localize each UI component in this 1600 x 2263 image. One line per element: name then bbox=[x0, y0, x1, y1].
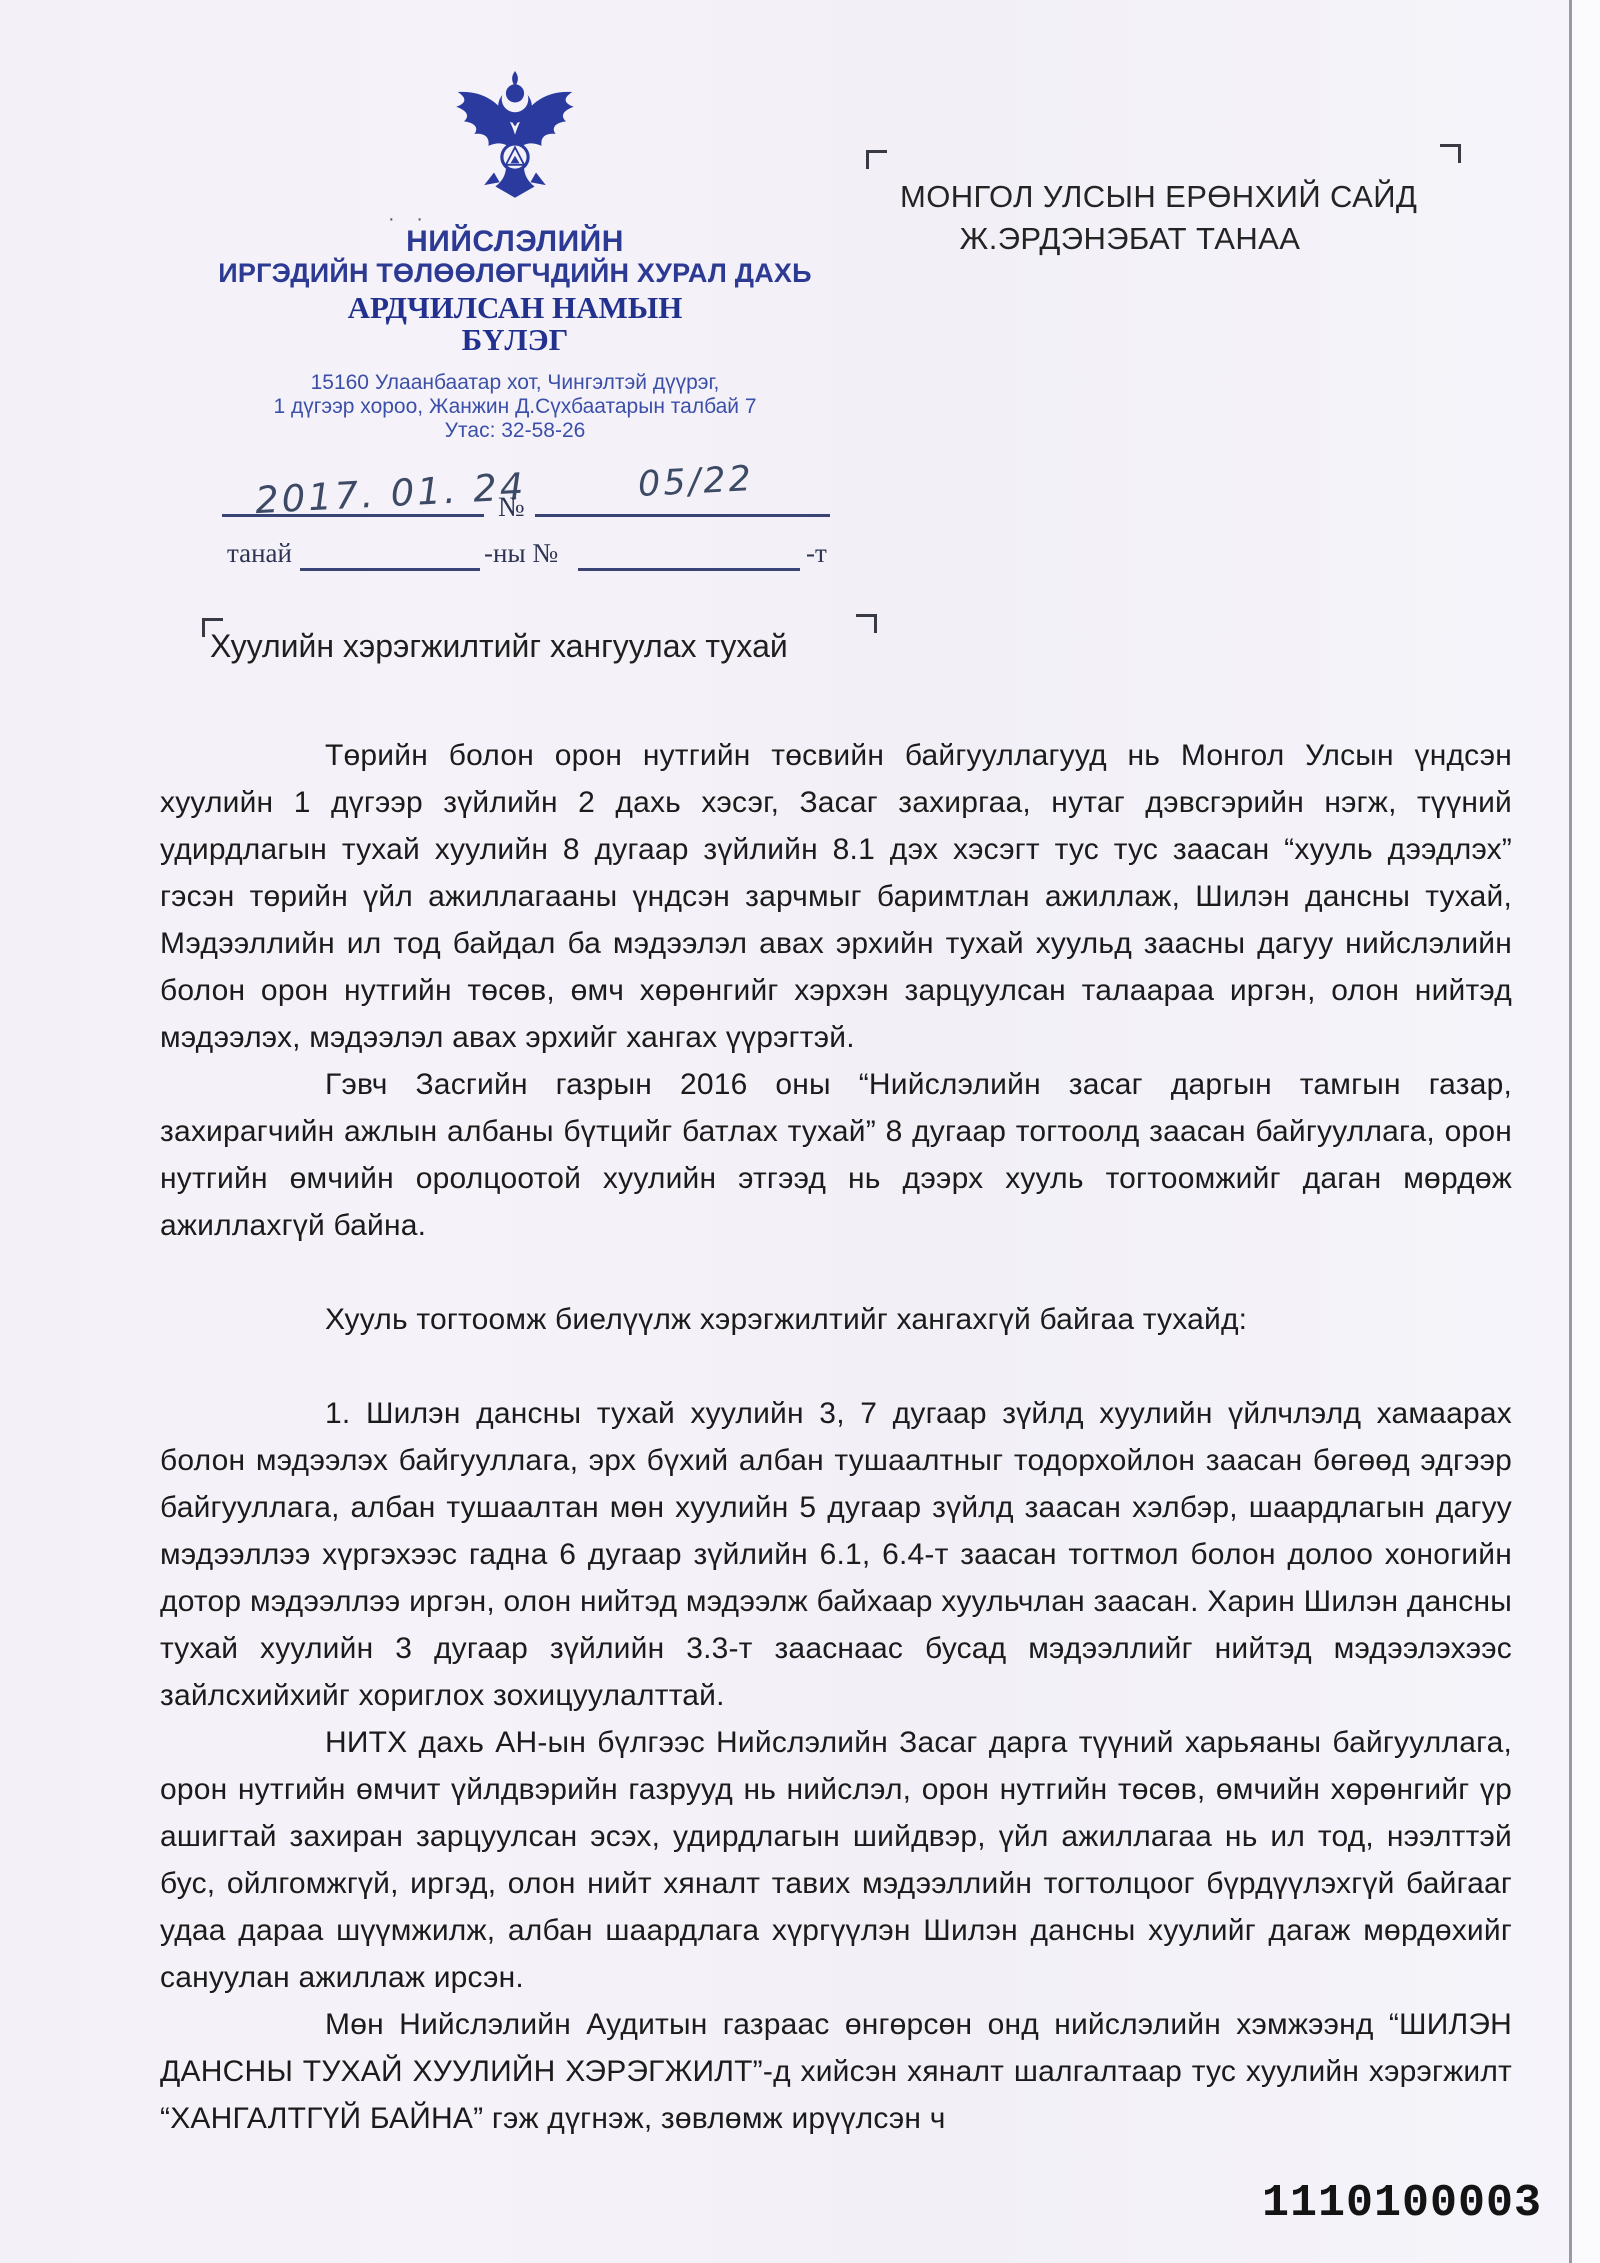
corner-bracket-right bbox=[856, 614, 877, 633]
addressee-block: МОНГОЛ УЛСЫН ЕРӨНХИЙ САЙД Ж.ЭРДЭНЭБАТ ТА… bbox=[900, 176, 1360, 260]
corner-bracket-right bbox=[1440, 144, 1461, 163]
subject-line: Хуулийн хэрэгжилтийг хангуулах тухай bbox=[210, 628, 788, 665]
addressee-name: Ж.ЭРДЭНЭБАТ ТАНАА bbox=[900, 218, 1360, 260]
date-underline bbox=[222, 514, 484, 517]
body-paragraph-3: 1. Шилэн дансны тухай хуулийн 3, 7 дугаа… bbox=[160, 1390, 1512, 1719]
your-ref-suffix: -т bbox=[806, 538, 827, 569]
handwritten-number: 05/22 bbox=[637, 459, 755, 505]
org-phone: Утас: 32-58-26 bbox=[170, 419, 860, 443]
body-paragraph-1: Төрийн болон орон нутгийн төсвийн байгуу… bbox=[160, 732, 1512, 1061]
scanned-letter-page: · · bbox=[0, 0, 1600, 2263]
org-name-line3: АРДЧИЛСАН НАМЫН bbox=[170, 292, 860, 324]
org-name-line2: ИРГЭДИЙН ТӨЛӨӨЛӨГЧДИЙН ХУРАЛ ДАХЬ bbox=[170, 258, 860, 289]
addressee-title: МОНГОЛ УЛСЫН ЕРӨНХИЙ САЙД bbox=[900, 176, 1360, 218]
org-name-line4: БҮЛЭГ bbox=[170, 324, 860, 355]
your-ref-underline-1 bbox=[300, 568, 480, 571]
your-ref-underline-2 bbox=[578, 568, 800, 571]
your-ref-middle: -ны № bbox=[484, 538, 558, 569]
org-address-line2: 1 дүгээр хороо, Жанжин Д.Сүхбаатарын тал… bbox=[170, 395, 860, 419]
body-paragraph-2: Гэвч Засгийн газрын 2016 оны “Нийслэлийн… bbox=[160, 1061, 1512, 1249]
body-section-heading: Хууль тогтоомж биелүүлж хэрэгжилтийг хан… bbox=[160, 1296, 1512, 1343]
letterhead: НИЙСЛЭЛИЙН ИРГЭДИЙН ТӨЛӨӨЛӨГЧДИЙН ХУРАЛ … bbox=[170, 58, 860, 443]
body-paragraph-4: НИТХ дахь АН-ын бүлгээс Нийслэлийн Засаг… bbox=[160, 1719, 1512, 2001]
org-address-line1: 15160 Улаанбаатар хот, Чингэлтэй дүүрэг, bbox=[170, 371, 860, 395]
letter-body: Төрийн болон орон нутгийн төсвийн байгуу… bbox=[160, 732, 1512, 2142]
scan-edge-line bbox=[1569, 0, 1572, 2263]
scan-edge-strip bbox=[1572, 0, 1600, 2263]
democratic-party-eagle-logo bbox=[445, 58, 585, 210]
number-sign: № bbox=[498, 492, 525, 524]
corner-bracket-left bbox=[866, 150, 887, 169]
body-paragraph-5: Мөн Нийслэлийн Аудитын газраас өнгөрсөн … bbox=[160, 2001, 1512, 2142]
number-underline bbox=[535, 514, 830, 517]
stamp-number: 1110100003 bbox=[1262, 2178, 1542, 2229]
org-name-line1: НИЙСЛЭЛИЙН bbox=[170, 226, 860, 258]
your-ref-prefix: танай bbox=[227, 538, 292, 569]
